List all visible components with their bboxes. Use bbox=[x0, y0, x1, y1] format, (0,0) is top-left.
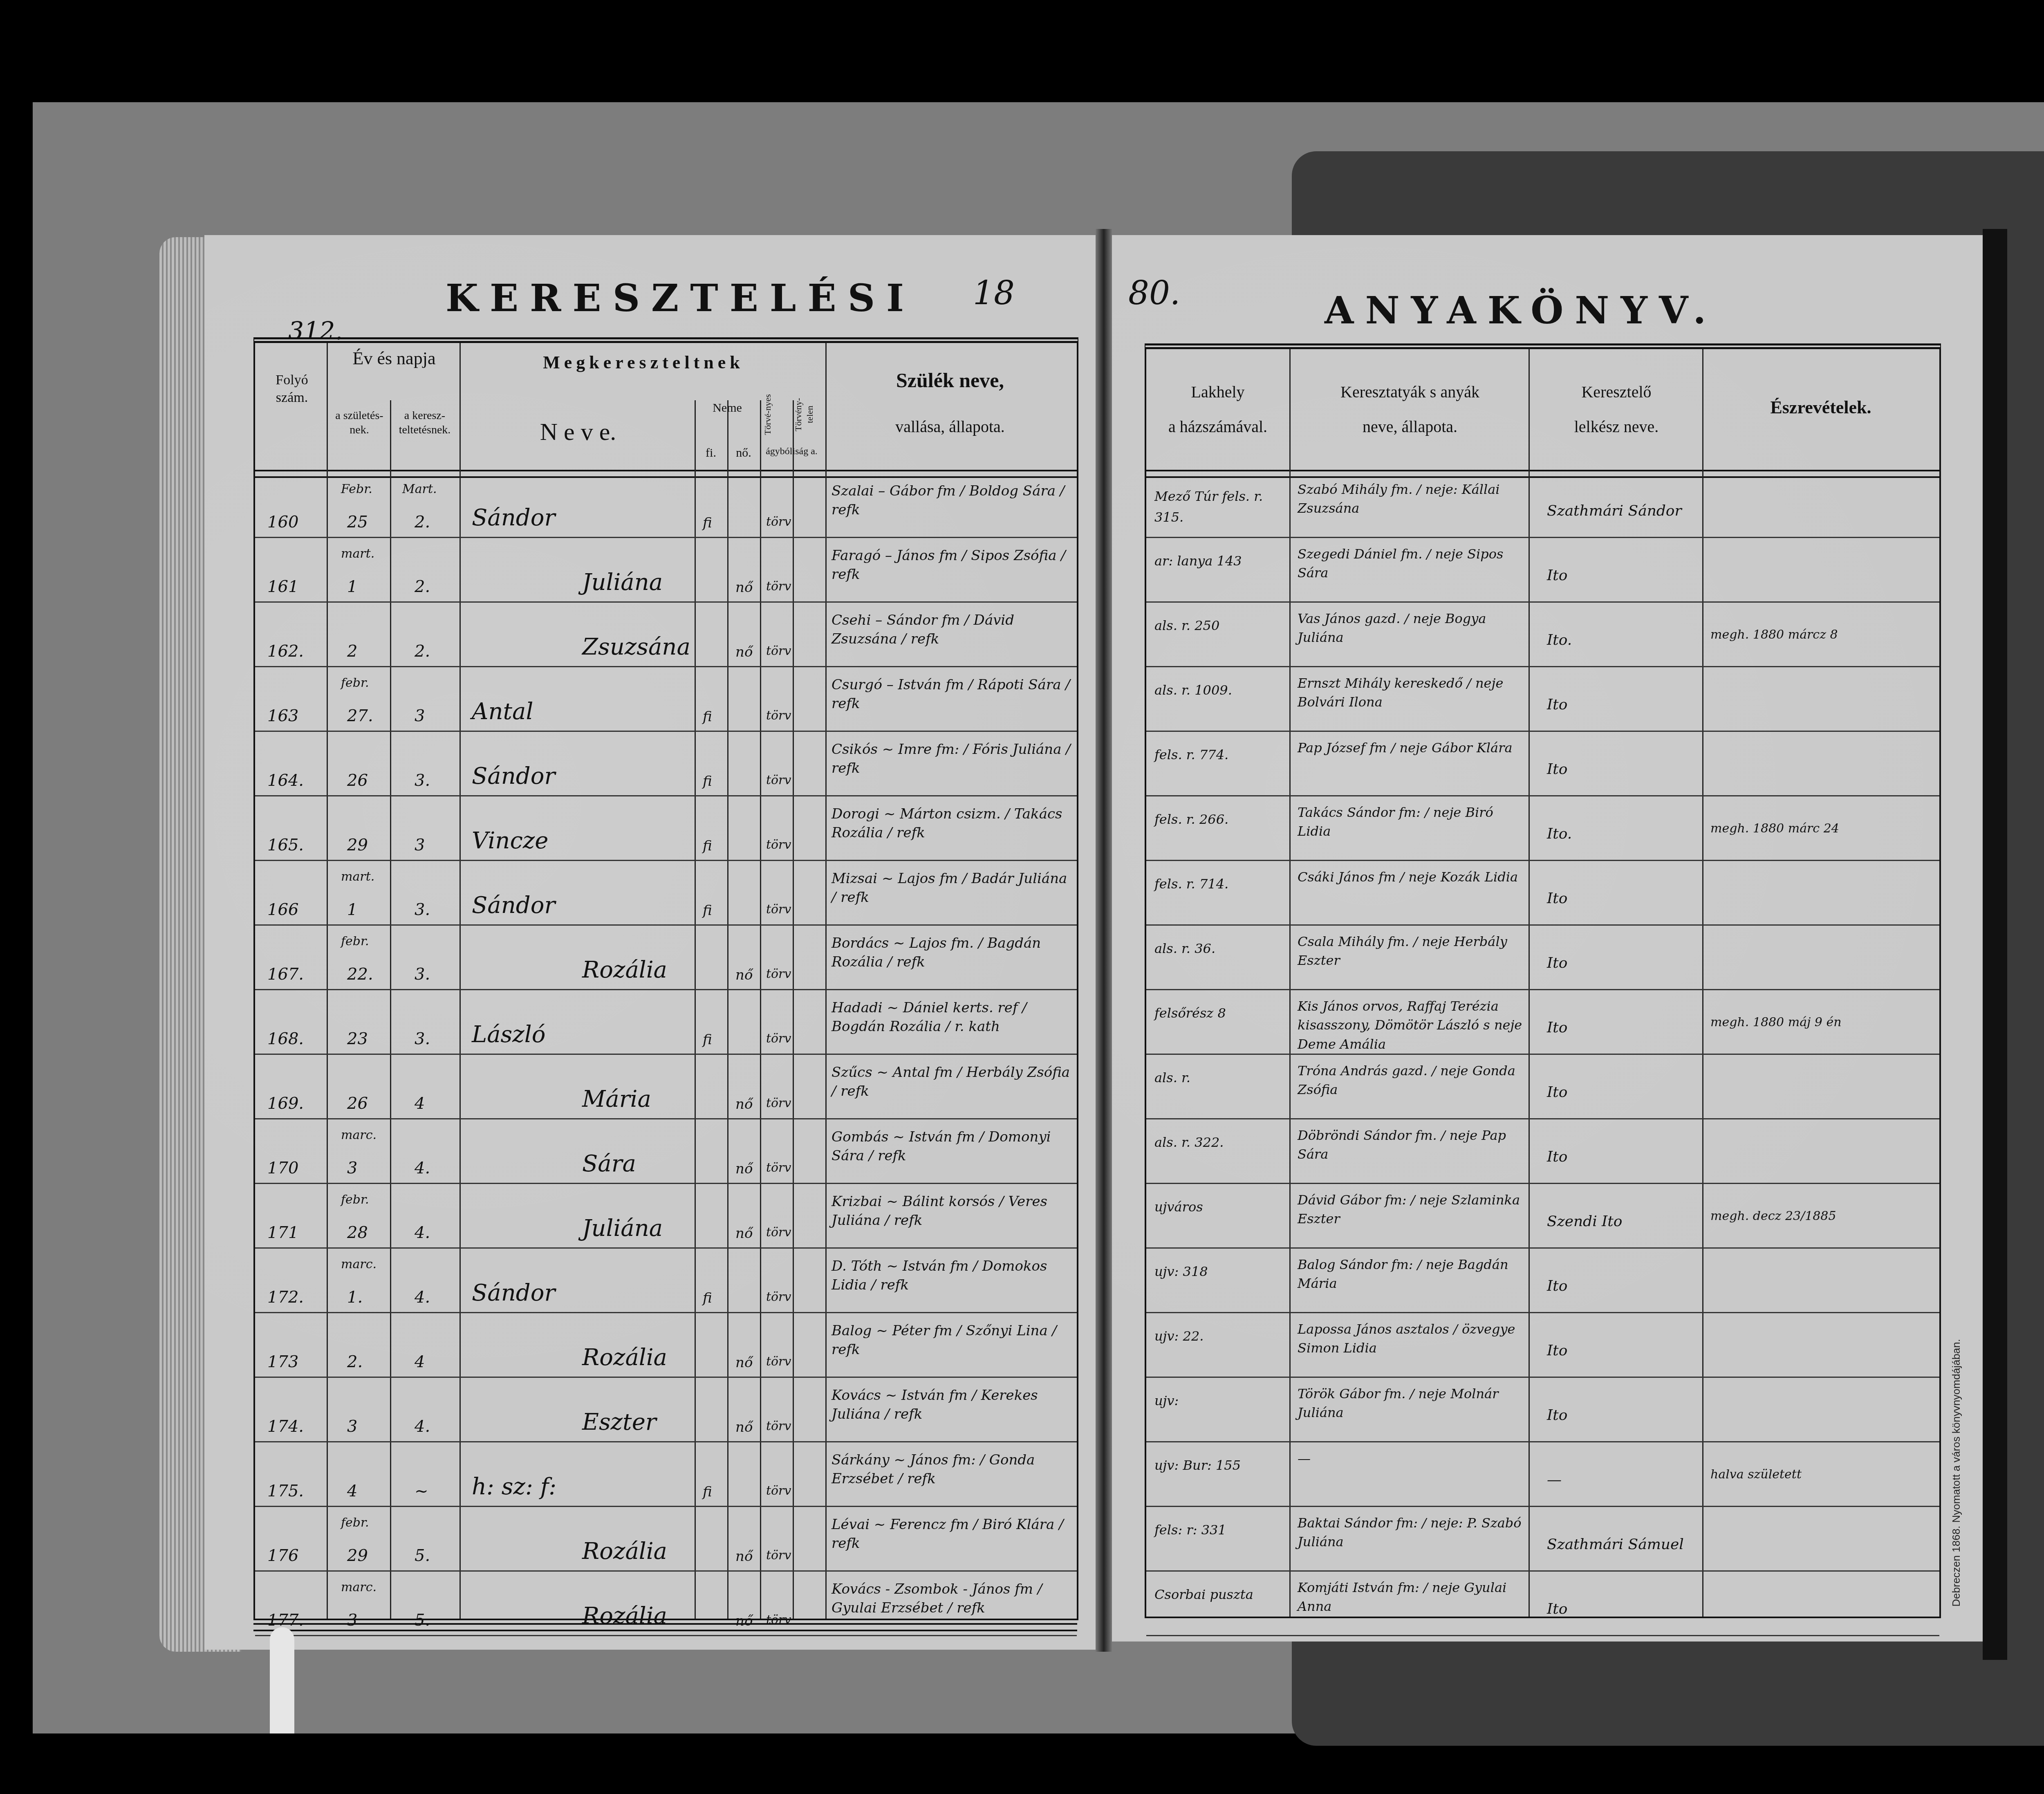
residence: ujváros bbox=[1154, 1197, 1285, 1218]
row-divider bbox=[1146, 601, 1939, 603]
sex: fi bbox=[703, 1290, 712, 1306]
child-name: Rozália bbox=[582, 1538, 667, 1565]
header-fi: fi. bbox=[695, 445, 727, 461]
legitimacy: törv bbox=[766, 902, 791, 917]
pastor: Ito. bbox=[1547, 632, 1572, 648]
residence: fels. r. 714. bbox=[1154, 874, 1285, 895]
header-szuletesnek: a születés-nek. bbox=[329, 408, 390, 437]
child-name: Sándor bbox=[472, 892, 555, 919]
entry-number: 162. bbox=[267, 642, 304, 661]
birth-day: 29 bbox=[347, 836, 368, 854]
entry-number: 165. bbox=[267, 836, 304, 854]
godparents: Vas János gazd. / neje Bogya Juliána bbox=[1298, 609, 1526, 647]
residence: ujv: bbox=[1154, 1390, 1285, 1411]
table-row: 170marc.34.SáranőtörvGombás ~ István fm … bbox=[255, 1120, 1077, 1184]
godparents: Csáki János fm / neje Kozák Lidia bbox=[1298, 868, 1526, 886]
birth-day: 1 bbox=[347, 577, 357, 596]
baptism-day: 3 bbox=[415, 706, 425, 725]
birth-month: febr. bbox=[341, 676, 369, 690]
table-row: als. r.Tróna András gazd. / neje Gonda Z… bbox=[1146, 1055, 1939, 1120]
child-name: Rozália bbox=[582, 957, 667, 983]
parents: Szűcs ~ Antal fm / Herbály Zsófia / refk bbox=[831, 1063, 1073, 1101]
holding-finger bbox=[270, 1627, 294, 1733]
child-name: Sándor bbox=[472, 763, 555, 789]
birth-day: 26 bbox=[347, 1094, 368, 1113]
parents: Bordács ~ Lajos fm. / Bagdán Rozália / r… bbox=[831, 934, 1073, 972]
parents: Csikós ~ Imre fm: / Fóris Juliána / refk bbox=[831, 740, 1073, 778]
row-divider bbox=[255, 537, 1077, 538]
child-name: Eszter bbox=[582, 1409, 657, 1435]
cover-edge bbox=[1983, 229, 2007, 1660]
birth-day: 1 bbox=[347, 900, 357, 919]
pastor: Ito bbox=[1547, 1148, 1567, 1165]
birth-day: 3 bbox=[347, 1159, 357, 1177]
table-row: 176febr.295.RozálianőtörvLévai ~ Ferencz… bbox=[255, 1507, 1077, 1572]
parents: Gombás ~ István fm / Domonyi Sára / refk bbox=[831, 1128, 1073, 1166]
child-name: Sára bbox=[582, 1150, 636, 1177]
legitimacy: törv bbox=[766, 1484, 791, 1498]
row-divider bbox=[1146, 1377, 1939, 1378]
entry-number: 171 bbox=[267, 1223, 298, 1242]
table-row: 164.263.SándorfitörvCsikós ~ Imre fm: / … bbox=[255, 732, 1077, 797]
header-torvenyes: Törvé-nyes bbox=[762, 392, 791, 437]
pastor: Ito bbox=[1547, 696, 1567, 713]
parents: Faragó – János fm / Sipos Zsófia / refk bbox=[831, 547, 1073, 584]
child-name: Sándor bbox=[472, 1280, 555, 1306]
parents: Sárkány ~ János fm: / Gonda Erzsébet / r… bbox=[831, 1451, 1073, 1489]
baptism-day: 4 bbox=[415, 1352, 425, 1371]
table-row: fels. r. 774.Pap József fm / neje Gábor … bbox=[1146, 732, 1939, 797]
pastor: Szendi Ito bbox=[1547, 1213, 1622, 1230]
parents: Dorogi ~ Márton csizm. / Takács Rozália … bbox=[831, 805, 1073, 843]
row-divider bbox=[1146, 860, 1939, 861]
child-name: Zsuzsána bbox=[582, 634, 690, 660]
legitimacy: törv bbox=[766, 1096, 791, 1110]
header-hazszamaval: a házszámával. bbox=[1146, 417, 1289, 437]
godparents: Csala Mihály fm. / neje Herbály Eszter bbox=[1298, 932, 1526, 970]
book-gutter bbox=[1096, 229, 1112, 1652]
residence: ujv: 318 bbox=[1154, 1261, 1285, 1282]
pastor: Szathmári Sámuel bbox=[1547, 1536, 1684, 1553]
pastor: Ito bbox=[1547, 1278, 1567, 1294]
row-divider bbox=[255, 1570, 1077, 1572]
row-divider bbox=[1146, 1506, 1939, 1507]
residence: als. r. 250 bbox=[1154, 615, 1285, 636]
sex: nő bbox=[735, 1161, 753, 1177]
godparents: Ernszt Mihály kereskedő / neje Bolvári I… bbox=[1298, 674, 1526, 712]
header-eszrevetelek: Észrevételek. bbox=[1704, 396, 1937, 419]
godparents: — bbox=[1298, 1449, 1526, 1468]
pastor: Ito bbox=[1547, 1407, 1567, 1424]
legitimacy: törv bbox=[766, 1032, 791, 1046]
sex: fi bbox=[703, 902, 712, 919]
left-page: 312. KERESZTELÉSI 18 Folyó szám. Év és n… bbox=[204, 235, 1096, 1650]
residence: ujv: Bur: 155 bbox=[1154, 1455, 1285, 1476]
birth-month: marc. bbox=[341, 1580, 377, 1594]
baptism-day: 2. bbox=[415, 577, 430, 596]
residence: als. r. 36. bbox=[1154, 938, 1285, 959]
right-table: Lakhely a házszámával. Keresztatyák s an… bbox=[1145, 343, 1941, 1618]
table-row: ujv: 22.Lapossa János asztalos / özvegye… bbox=[1146, 1314, 1939, 1378]
godparents: Komjáti István fm: / neje Gyulai Anna bbox=[1298, 1578, 1526, 1616]
birth-day: 2 bbox=[347, 642, 357, 661]
table-row: fels: r: 331Baktai Sándor fm: / neje: P.… bbox=[1146, 1507, 1939, 1572]
residence: fels. r. 774. bbox=[1154, 745, 1285, 765]
birth-month: Febr. bbox=[341, 482, 372, 496]
table-row: Mező Túr fels. r. 315.Szabó Mihály fm. /… bbox=[1146, 474, 1939, 538]
parents: Csehi – Sándor fm / Dávid Zsuzsána / ref… bbox=[831, 611, 1073, 649]
godparents: Baktai Sándor fm: / neje: P. Szabó Juliá… bbox=[1298, 1514, 1526, 1552]
year-right: 80. bbox=[1128, 274, 1180, 312]
table-row: 171febr.284.JuliánanőtörvKrizbai ~ Bálin… bbox=[255, 1184, 1077, 1249]
entry-number: 173 bbox=[267, 1352, 298, 1371]
table-row: als. r. 250Vas János gazd. / neje Bogya … bbox=[1146, 603, 1939, 668]
legitimacy: törv bbox=[766, 644, 791, 658]
birth-day: 2. bbox=[347, 1352, 363, 1371]
table-row: 160Febr.25Mart.2.SándorfitörvSzalai – Gá… bbox=[255, 474, 1077, 538]
register-title-right: ANYAKÖNYV. bbox=[1325, 288, 1717, 332]
row-divider bbox=[1146, 666, 1939, 667]
entry-number: 176 bbox=[267, 1546, 298, 1565]
entry-number: 175. bbox=[267, 1482, 304, 1500]
baptism-day: 4. bbox=[415, 1288, 430, 1307]
parents: Csurgó – István fm / Rápoti Sára / refk bbox=[831, 676, 1073, 713]
birth-day: 3 bbox=[347, 1417, 357, 1436]
legitimacy: törv bbox=[766, 1419, 791, 1433]
parents: Krizbai ~ Bálint korsós / Veres Juliána … bbox=[831, 1193, 1073, 1230]
entry-number: 169. bbox=[267, 1094, 304, 1113]
row-divider bbox=[1146, 1635, 1939, 1636]
pastor: Ito bbox=[1547, 1084, 1567, 1101]
sex: nő bbox=[735, 579, 753, 596]
sex: nő bbox=[735, 1548, 753, 1565]
godparents: Dávid Gábor fm: / neje Szlaminka Eszter bbox=[1298, 1191, 1526, 1229]
baptism-day: 4 bbox=[415, 1094, 425, 1113]
godparents: Török Gábor fm. / neje Molnár Juliána bbox=[1298, 1384, 1526, 1422]
legitimacy: törv bbox=[766, 1354, 791, 1369]
table-row: ar: lanya 143Szegedi Dániel fm. / neje S… bbox=[1146, 538, 1939, 603]
table-row: fels. r. 714.Csáki János fm / neje Kozák… bbox=[1146, 861, 1939, 926]
row-divider bbox=[255, 1118, 1077, 1119]
residence: Csorbai puszta bbox=[1154, 1584, 1285, 1605]
residence: felsőrész 8 bbox=[1154, 1003, 1285, 1024]
table-row: ujv: 318Balog Sándor fm: / neje Bagdán M… bbox=[1146, 1249, 1939, 1314]
entry-number: 164. bbox=[267, 771, 304, 790]
baptism-day: 3 bbox=[415, 836, 425, 854]
row-divider bbox=[1146, 924, 1939, 926]
godparents: Balog Sándor fm: / neje Bagdán Mária bbox=[1298, 1255, 1526, 1293]
printer-imprint: Debreczen 1868. Nyomatott a város könyvn… bbox=[1950, 1339, 1963, 1607]
birth-month: mart. bbox=[341, 547, 374, 561]
row-divider bbox=[255, 666, 1077, 667]
entry-number: 166 bbox=[267, 900, 298, 919]
birth-day: 27. bbox=[347, 706, 373, 725]
parents: Kovács - Zsombok - János fm / Gyulai Erz… bbox=[831, 1580, 1073, 1618]
header-keresztatyak: Keresztatyák s anyák bbox=[1291, 382, 1529, 402]
birth-month: febr. bbox=[341, 1516, 369, 1530]
child-name: Juliána bbox=[582, 569, 663, 596]
header-vallasa: vallása, állapota. bbox=[827, 417, 1073, 437]
baptism-month: Mart. bbox=[402, 482, 437, 496]
row-divider bbox=[1146, 989, 1939, 990]
row-divider bbox=[255, 731, 1077, 732]
residence: fels: r: 331 bbox=[1154, 1520, 1285, 1541]
header-keresztelesnek: a keresz-teltetésnek. bbox=[392, 408, 457, 437]
pastor: Ito bbox=[1547, 1019, 1567, 1036]
residence: ujv: 22. bbox=[1154, 1326, 1285, 1347]
entry-number: 161 bbox=[267, 577, 298, 596]
pastor: — bbox=[1547, 1471, 1562, 1488]
godparents: Szabó Mihály fm. / neje: Kállai Zsuzsána bbox=[1298, 480, 1526, 518]
birth-day: 22. bbox=[347, 965, 373, 984]
residence: Mező Túr fels. r. 315. bbox=[1154, 486, 1285, 528]
residence: ar: lanya 143 bbox=[1154, 551, 1285, 572]
header-no: nő. bbox=[727, 445, 760, 461]
remark: megh. decz 23/1885 bbox=[1710, 1209, 1836, 1223]
residence: als. r. 1009. bbox=[1154, 680, 1285, 701]
pastor: Ito bbox=[1547, 1342, 1567, 1359]
row-divider bbox=[1146, 1441, 1939, 1442]
sex: fi bbox=[703, 838, 712, 854]
row-divider bbox=[255, 601, 1077, 603]
header-neve: N e v e. bbox=[464, 417, 693, 447]
row-divider bbox=[255, 1183, 1077, 1184]
table-row: 1732.4RozálianőtörvBalog ~ Péter fm / Sz… bbox=[255, 1314, 1077, 1378]
table-row: 162.22.ZsuzsánanőtörvCsehi – Sándor fm /… bbox=[255, 603, 1077, 668]
sex: nő bbox=[735, 1419, 753, 1435]
birth-day: 28 bbox=[347, 1223, 368, 1242]
header-megkereszteltnek: Megkereszteltnek bbox=[464, 351, 823, 374]
legitimacy: törv bbox=[766, 1548, 791, 1563]
header-agybolisaga: ágybóliság a. bbox=[760, 445, 823, 457]
year-left: 18 bbox=[973, 274, 1015, 312]
birth-day: 23 bbox=[347, 1029, 368, 1048]
legitimacy: törv bbox=[766, 967, 791, 981]
row-divider bbox=[1146, 1054, 1939, 1055]
row-divider bbox=[255, 1312, 1077, 1313]
row-divider bbox=[255, 860, 1077, 861]
birth-day: 1. bbox=[347, 1288, 363, 1307]
header-torvenytelen: Törvény-telen bbox=[793, 392, 821, 437]
sex: fi bbox=[703, 709, 712, 725]
baptism-day: 3. bbox=[415, 900, 430, 919]
row-divider bbox=[1146, 537, 1939, 538]
legitimacy: törv bbox=[766, 838, 791, 852]
legitimacy: törv bbox=[766, 515, 791, 529]
birth-month: marc. bbox=[341, 1257, 377, 1271]
table-row: Csorbai pusztaKomjáti István fm: / neje … bbox=[1146, 1572, 1939, 1637]
godparents: Kis János orvos, Raffaj Terézia kisasszo… bbox=[1298, 997, 1526, 1054]
table-row: 175.4~h: sz: f:fitörvSárkány ~ János fm:… bbox=[255, 1443, 1077, 1507]
baptism-day: 2. bbox=[415, 642, 430, 661]
godparents: Döbröndi Sándor fm. / neje Pap Sára bbox=[1298, 1126, 1526, 1164]
entry-number: 174. bbox=[267, 1417, 304, 1436]
header-lelkesz: lelkész neve. bbox=[1531, 417, 1702, 437]
table-row: 168.233.LászlófitörvHadadi ~ Dániel kert… bbox=[255, 991, 1077, 1055]
row-divider bbox=[255, 1377, 1077, 1378]
baptism-day: 3. bbox=[415, 965, 430, 984]
sex: fi bbox=[703, 1032, 712, 1048]
sex: nő bbox=[735, 967, 753, 983]
entry-number: 160 bbox=[267, 513, 298, 531]
parents: Mizsai ~ Lajos fm / Badár Juliána / refk bbox=[831, 870, 1073, 907]
pastor: Szathmári Sándor bbox=[1547, 502, 1682, 519]
header-folyo-szam: Folyó szám. bbox=[259, 372, 325, 406]
birth-day: 4 bbox=[347, 1482, 357, 1500]
entry-number: 167. bbox=[267, 965, 304, 984]
baptism-day: 3. bbox=[415, 771, 430, 790]
sex: fi bbox=[703, 515, 712, 531]
row-divider bbox=[255, 1506, 1077, 1507]
header-keresztatyak-sub: neve, állapota. bbox=[1291, 417, 1529, 437]
remark: megh. 1880 márcz 8 bbox=[1710, 628, 1838, 642]
table-row: fels. r. 266.Takács Sándor fm: / neje Bi… bbox=[1146, 797, 1939, 861]
child-name: Sándor bbox=[472, 505, 555, 531]
parents: Hadadi ~ Dániel kerts. ref / Bogdán Rozá… bbox=[831, 999, 1073, 1036]
table-row: 172.marc.1.4.SándorfitörvD. Tóth ~ Istvá… bbox=[255, 1249, 1077, 1314]
birth-month: mart. bbox=[341, 870, 374, 884]
baptism-day: 4. bbox=[415, 1417, 430, 1436]
table-row: 169.264MárianőtörvSzűcs ~ Antal fm / Her… bbox=[255, 1055, 1077, 1120]
residence: als. r. bbox=[1154, 1067, 1285, 1088]
pastor: Ito bbox=[1547, 890, 1567, 907]
sex: fi bbox=[703, 1484, 712, 1500]
table-row: als. r. 36.Csala Mihály fm. / neje Herbá… bbox=[1146, 926, 1939, 991]
birth-month: febr. bbox=[341, 1193, 369, 1207]
sex: nő bbox=[735, 644, 753, 660]
sex: fi bbox=[703, 773, 712, 789]
register-title-left: KERESZTELÉSI bbox=[446, 276, 915, 320]
child-name: Mária bbox=[582, 1086, 651, 1112]
row-divider bbox=[1146, 1312, 1939, 1313]
remark: halva született bbox=[1710, 1467, 1802, 1482]
child-name: Rozália bbox=[582, 1344, 667, 1371]
pastor: Ito bbox=[1547, 955, 1567, 971]
table-row: ujvárosDávid Gábor fm: / neje Szlaminka … bbox=[1146, 1184, 1939, 1249]
parents: Kovács ~ István fm / Kerekes Juliána / r… bbox=[831, 1386, 1073, 1424]
baptism-day: ~ bbox=[415, 1482, 428, 1500]
pastor: Ito bbox=[1547, 567, 1567, 584]
birth-day: 26 bbox=[347, 771, 368, 790]
baptism-day: 4. bbox=[415, 1223, 430, 1242]
baptism-day: 3. bbox=[415, 1029, 430, 1048]
residence: fels. r. 266. bbox=[1154, 809, 1285, 830]
row-divider bbox=[1146, 1247, 1939, 1249]
parents: Szalai – Gábor fm / Boldog Sára / refk bbox=[831, 482, 1073, 520]
row-divider bbox=[255, 1054, 1077, 1055]
godparents: Tróna András gazd. / neje Gonda Zsófia bbox=[1298, 1061, 1526, 1099]
godparents: Takács Sándor fm: / neje Biró Lidia bbox=[1298, 803, 1526, 841]
table-row: 174.34.EszternőtörvKovács ~ István fm / … bbox=[255, 1378, 1077, 1443]
residence: als. r. 322. bbox=[1154, 1132, 1285, 1153]
legitimacy: törv bbox=[766, 1161, 791, 1175]
pastor: Ito bbox=[1547, 1601, 1567, 1617]
legitimacy: törv bbox=[766, 773, 791, 787]
parents: Balog ~ Péter fm / Szőnyi Lina / refk bbox=[831, 1322, 1073, 1359]
legitimacy: törv bbox=[766, 1290, 791, 1304]
legitimacy: törv bbox=[766, 1225, 791, 1240]
legitimacy: törv bbox=[766, 709, 791, 723]
birth-month: febr. bbox=[341, 934, 369, 949]
child-name: Antal bbox=[472, 698, 533, 725]
right-page: 80. ANYAKÖNYV. Lakhely a házszámával. Ke… bbox=[1112, 235, 1983, 1642]
baptism-day: 4. bbox=[415, 1159, 430, 1177]
godparents: Pap József fm / neje Gábor Klára bbox=[1298, 738, 1526, 757]
table-row: 161mart.12.JuliánanőtörvFaragó – János f… bbox=[255, 538, 1077, 603]
table-row: 166mart.13.SándorfitörvMizsai ~ Lajos fm… bbox=[255, 861, 1077, 926]
sex: nő bbox=[735, 1096, 753, 1112]
row-divider bbox=[1146, 795, 1939, 796]
header-lakhely: Lakhely bbox=[1146, 382, 1289, 402]
remark: megh. 1880 máj 9 én bbox=[1710, 1015, 1842, 1029]
birth-month: marc. bbox=[341, 1128, 377, 1142]
legitimacy: törv bbox=[766, 579, 791, 594]
pastor: Ito bbox=[1547, 761, 1567, 778]
row-divider bbox=[1146, 731, 1939, 732]
godparents: Szegedi Dániel fm. / neje Sipos Sára bbox=[1298, 545, 1526, 583]
parents: Lévai ~ Ferencz fm / Biró Klára / refk bbox=[831, 1516, 1073, 1553]
child-name: Juliána bbox=[582, 1215, 663, 1242]
row-divider bbox=[255, 1635, 1077, 1636]
parents: D. Tóth ~ István fm / Domokos Lidia / re… bbox=[831, 1257, 1073, 1295]
entry-number: 163 bbox=[267, 706, 298, 725]
row-divider bbox=[255, 989, 1077, 990]
table-row: felsőrész 8Kis János orvos, Raffaj Teréz… bbox=[1146, 991, 1939, 1055]
header-ev-es-napja: Év és napja bbox=[329, 347, 459, 370]
header-kereszteloe: Keresztelő bbox=[1531, 382, 1702, 402]
baptism-day: 2. bbox=[415, 513, 430, 531]
row-divider bbox=[1146, 1183, 1939, 1184]
remark: megh. 1880 márc 24 bbox=[1710, 821, 1839, 836]
row-divider bbox=[1146, 1118, 1939, 1119]
row-divider bbox=[255, 924, 1077, 926]
birth-day: 25 bbox=[347, 513, 368, 531]
sex: nő bbox=[735, 1225, 753, 1242]
child-name: László bbox=[472, 1021, 545, 1048]
left-table: Folyó szám. Év és napja a születés-nek. … bbox=[253, 337, 1078, 1620]
entry-number: 168. bbox=[267, 1029, 304, 1048]
entry-number: 170 bbox=[267, 1159, 298, 1177]
godparents: Lapossa János asztalos / özvegye Simon L… bbox=[1298, 1320, 1526, 1358]
header-szulek-neve: Szülék neve, bbox=[827, 368, 1073, 393]
row-divider bbox=[255, 1247, 1077, 1249]
row-divider bbox=[1146, 1570, 1939, 1572]
child-name: h: sz: f: bbox=[472, 1473, 556, 1500]
pastor: Ito. bbox=[1547, 825, 1572, 842]
table-row: 167.febr.22.3.RozálianőtörvBordács ~ Laj… bbox=[255, 926, 1077, 991]
birth-day: 29 bbox=[347, 1546, 368, 1565]
baptism-day: 5. bbox=[415, 1546, 430, 1565]
table-row: ujv: Bur: 155——halva született bbox=[1146, 1443, 1939, 1507]
table-row: ujv:Török Gábor fm. / neje Molnár Julián… bbox=[1146, 1378, 1939, 1443]
row-divider bbox=[255, 795, 1077, 796]
row-divider bbox=[255, 1441, 1077, 1442]
entry-number: 172. bbox=[267, 1288, 304, 1307]
table-row: als. r. 1009.Ernszt Mihály kereskedő / n… bbox=[1146, 668, 1939, 732]
table-row: als. r. 322.Döbröndi Sándor fm. / neje P… bbox=[1146, 1120, 1939, 1184]
table-row: 165.293VinczefitörvDorogi ~ Márton csizm… bbox=[255, 797, 1077, 861]
child-name: Vincze bbox=[472, 827, 548, 854]
table-row: 163febr.27.3AntalfitörvCsurgó – István f… bbox=[255, 668, 1077, 732]
sex: nő bbox=[735, 1354, 753, 1371]
